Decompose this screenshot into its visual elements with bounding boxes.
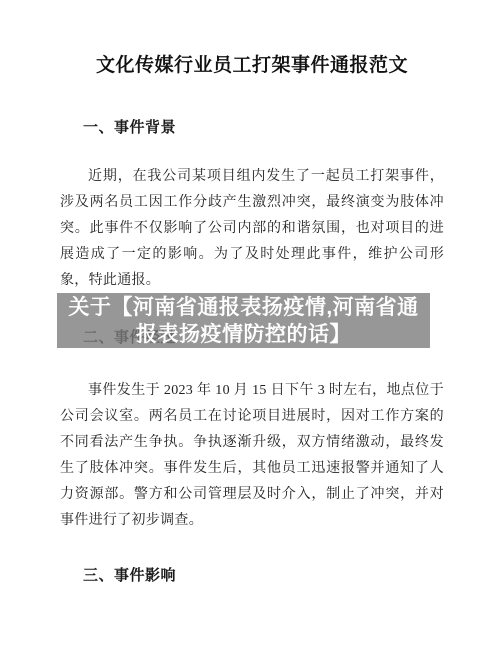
ad-overlay-banner[interactable]: 关于【河南省通报表扬疫情,河南省通 报表扬疫情防控的话】 (57, 293, 430, 348)
paragraph-background: 近期，在我公司某项目组内发生了一起员工打架事件，涉及两名员工因工作分歧产生激烈冲… (60, 164, 444, 294)
document-page: 文化传媒行业员工打架事件通报范文 一、事件背景 近期，在我公司某项目组内发生了一… (0, 0, 500, 647)
section-heading-impact: 三、事件影响 (60, 566, 444, 586)
document-title: 文化传媒行业员工打架事件通报范文 (60, 0, 444, 80)
section-heading-background: 一、事件背景 (60, 118, 444, 138)
ad-overlay-text-line1: 关于【河南省通报表扬疫情,河南省通 (68, 294, 418, 321)
ad-overlay-text-line2: 报表扬疫情防控的话】 (136, 321, 351, 348)
paragraph-process: 事件发生于 2023 年 10 月 15 日下午 3 时左右，地点位于公司会议室… (60, 378, 444, 534)
